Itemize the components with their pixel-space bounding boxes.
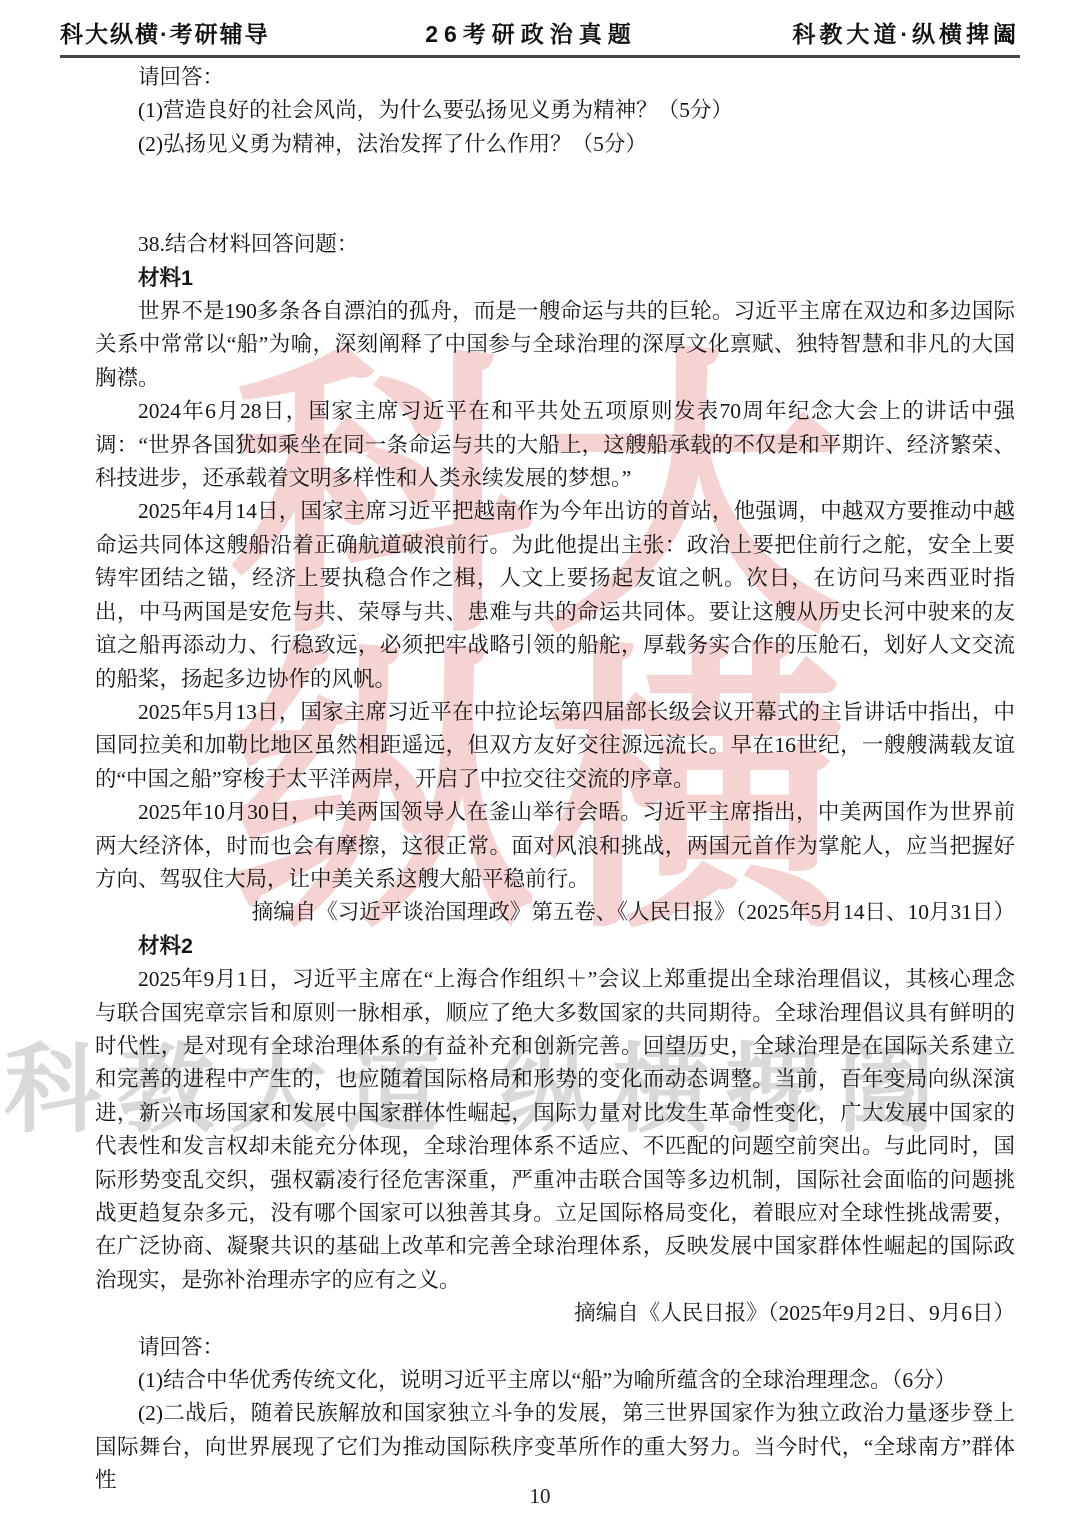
page-number: 10: [0, 1484, 1080, 1509]
answer-prompt: 请回答：: [95, 1331, 1015, 1364]
sub-question-2: (2)二战后，随着民族解放和国家独立斗争的发展，第三世界国家作为独立政治力量逐步…: [95, 1397, 1015, 1497]
material-1-label: 材料1: [95, 262, 1015, 295]
header-right-slogan: 科教大道·纵横捭阖: [792, 16, 1020, 49]
exam-document-page: 科大 纵横 科教大道 纵横捭阖 科大纵横·考研辅导 26考研政治真题 科教大道·…: [0, 0, 1080, 1527]
material-1-paragraph: 2025年5月13日，国家主席习近平在中拉论坛第四届部长级会议开幕式的主旨讲话中…: [95, 696, 1015, 796]
sub-question-1: (1)结合中华优秀传统文化，说明习近平主席以“船”为喻所蕴含的全球治理理念。（6…: [95, 1364, 1015, 1397]
material-1-source: 摘编自《习近平谈治国理政》第五卷、《人民日报》（2025年5月14日、10月31…: [95, 896, 1015, 929]
material-2-source: 摘编自《人民日报》（2025年9月2日、9月6日）: [95, 1297, 1015, 1330]
material-2-paragraph: 2025年9月1日，习近平主席在“上海合作组织＋”会议上郑重提出全球治理倡议，其…: [95, 963, 1015, 1297]
material-1-paragraph: 2024年6月28日，国家主席习近平在和平共处五项原则发表70周年纪念大会上的讲…: [95, 395, 1015, 495]
page-header: 科大纵横·考研辅导 26考研政治真题 科教大道·纵横捭阖: [60, 16, 1020, 58]
prev-question-item-1: (1)营造良好的社会风尚，为什么要弘扬见义勇为精神？（5分）: [95, 94, 1015, 127]
material-1-paragraph: 世界不是190多条各自漂泊的孤舟，而是一艘命运与共的巨轮。习近平主席在双边和多边…: [95, 295, 1015, 395]
exam-body: 请回答： (1)营造良好的社会风尚，为什么要弘扬见义勇为精神？（5分） (2)弘…: [95, 61, 1015, 1498]
header-center-title: 26考研政治真题: [425, 16, 637, 49]
prev-question-item-2: (2)弘扬见义勇为精神，法治发挥了什么作用？（5分）: [95, 128, 1015, 161]
material-2-label: 材料2: [95, 930, 1015, 963]
material-1-paragraph: 2025年10月30日，中美两国领导人在釜山举行会晤。习近平主席指出，中美两国作…: [95, 796, 1015, 896]
header-left-brand: 科大纵横·考研辅导: [60, 16, 270, 49]
prev-question-prompt: 请回答：: [95, 61, 1015, 94]
question-38-heading: 38.结合材料回答问题：: [95, 228, 1015, 261]
material-1-paragraph: 2025年4月14日，国家主席习近平把越南作为今年出访的首站，他强调，中越双方要…: [95, 495, 1015, 695]
